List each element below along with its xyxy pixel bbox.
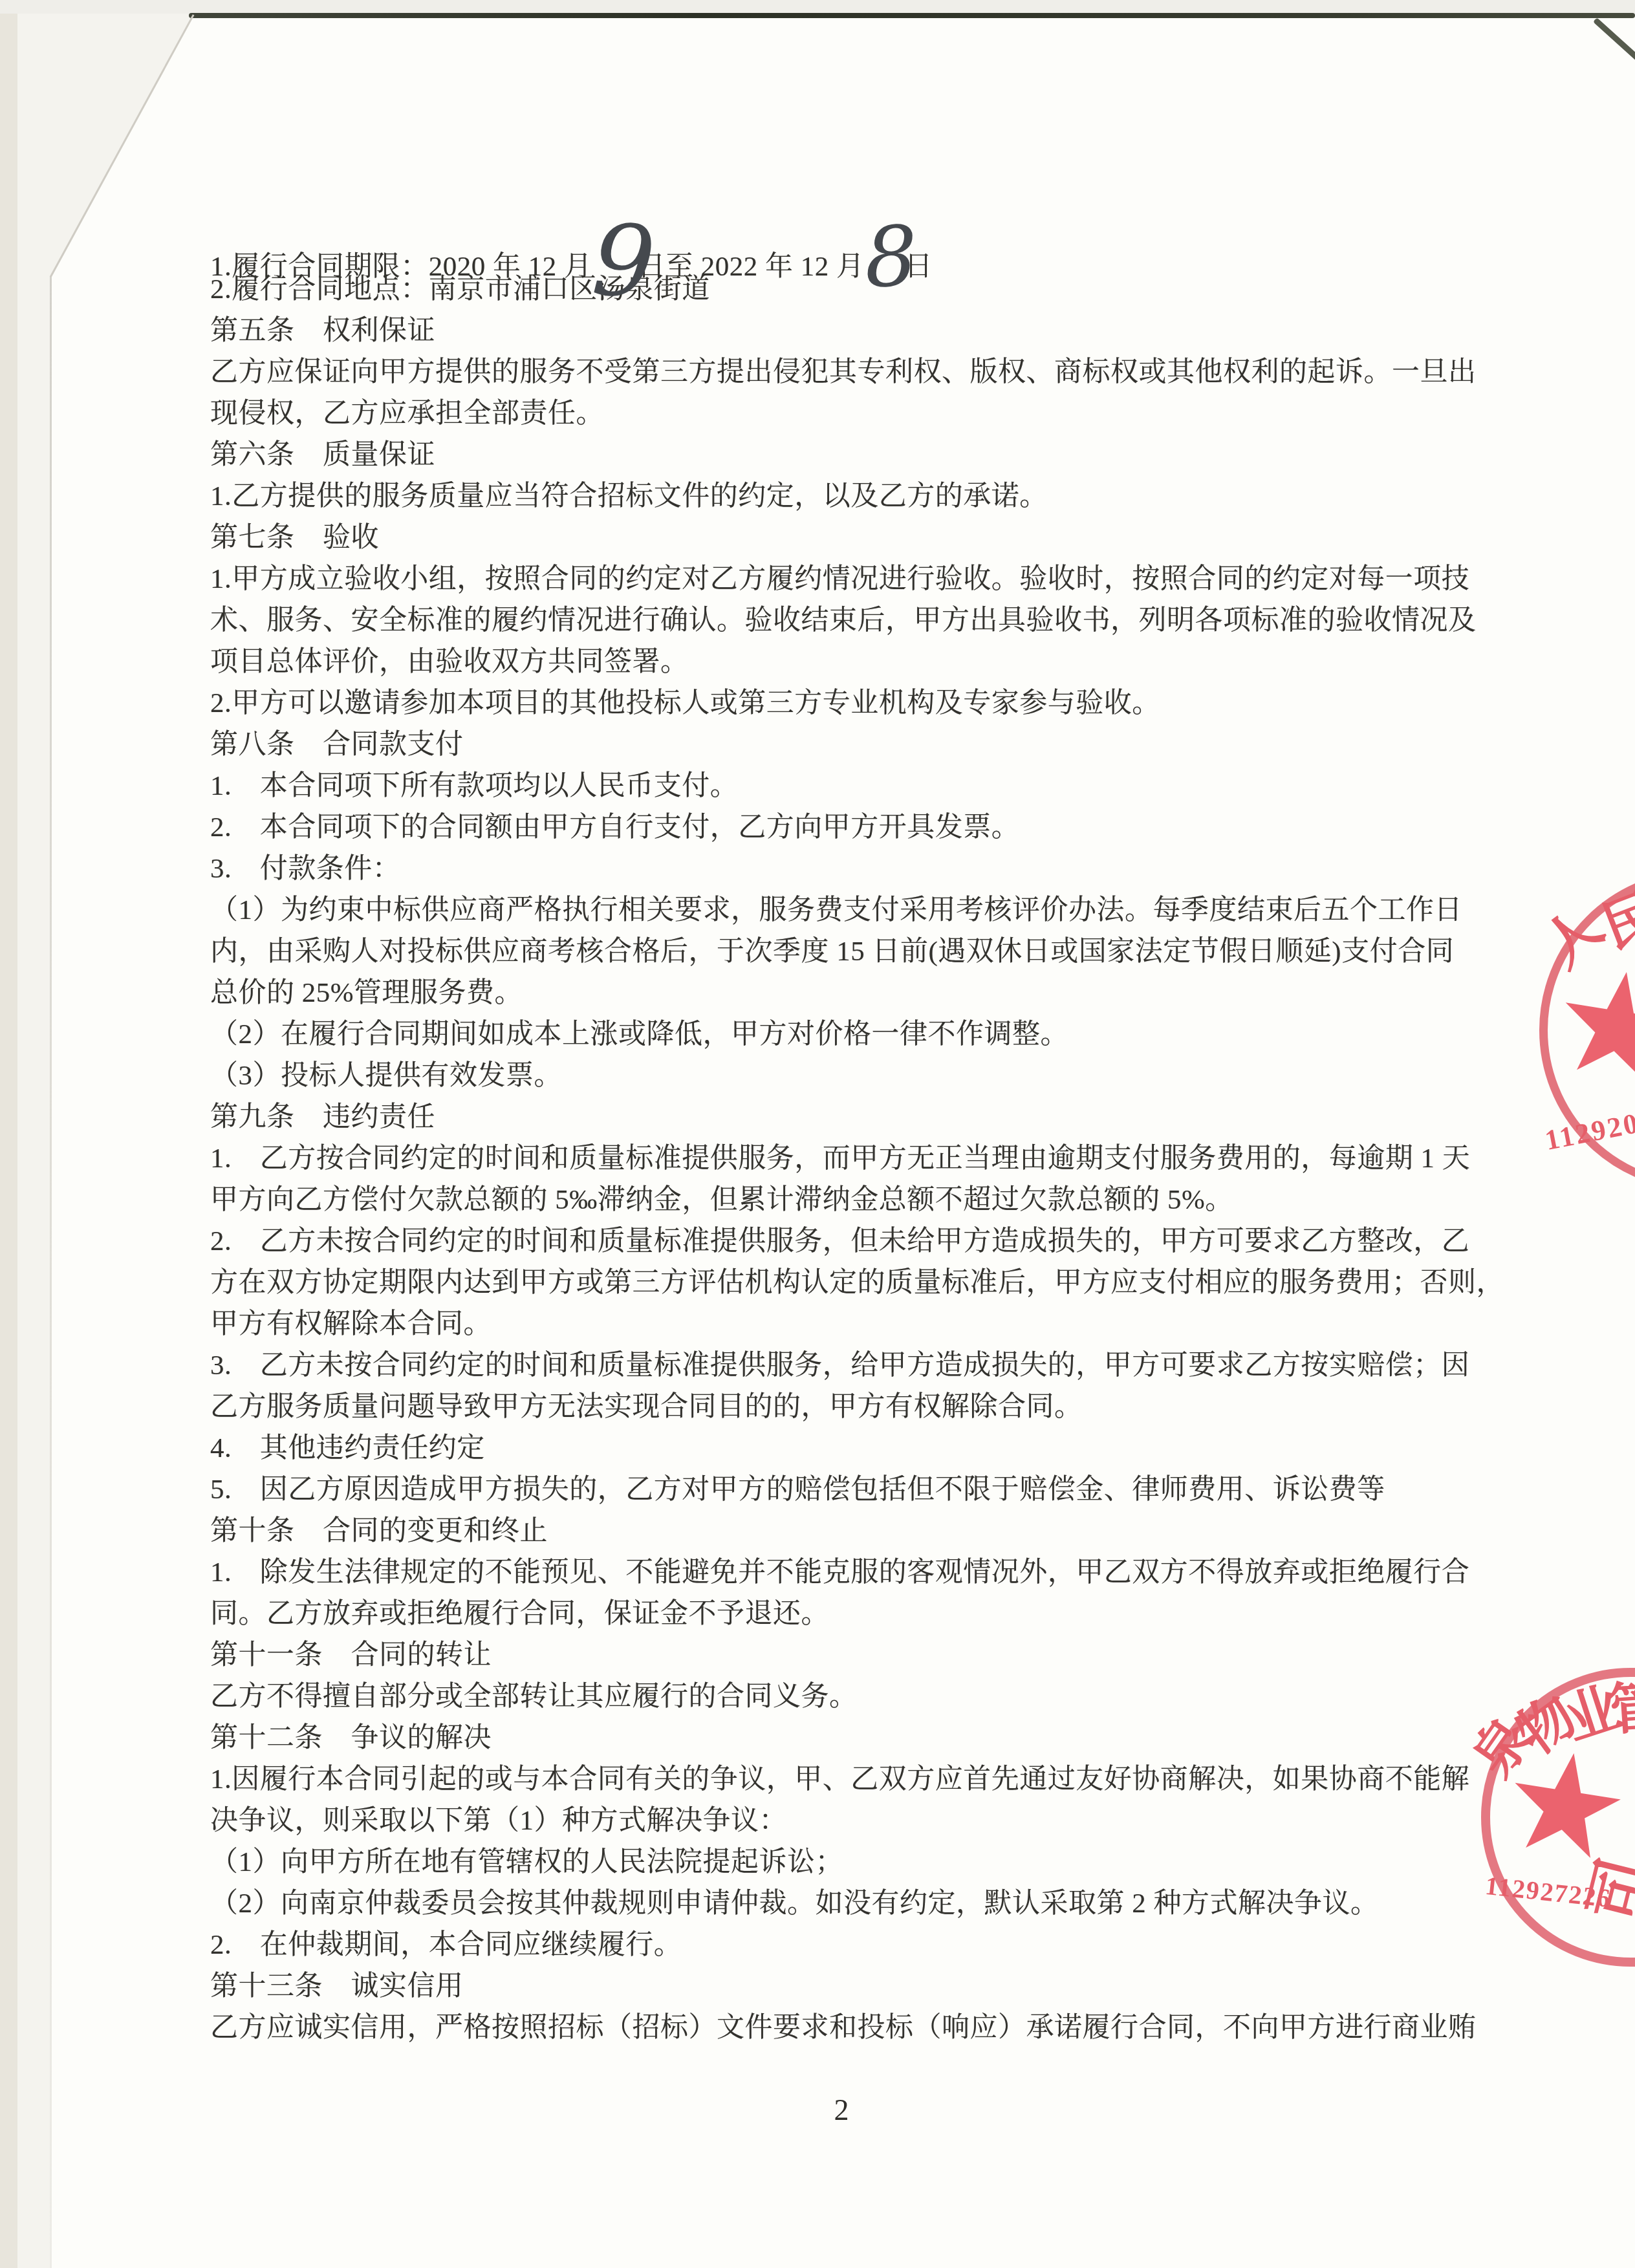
contract-line: 甲方有权解除本合同。 [210, 1304, 1473, 1345]
contract-line: 甲方向乙方偿付欠款总额的 5‰滞纳金，但累计滞纳金总额不超过欠款总额的 5%。 [210, 1180, 1473, 1221]
contract-line: 乙方不得擅自部分或全部转让其应履行的合同义务。 [210, 1676, 1473, 1718]
contract-line: （1）为约束中标供应商严格执行相关要求，服务费支付采用考核评价办法。每季度结束后… [210, 890, 1473, 931]
contract-line: （2）在履行合同期间如成本上涨或降低，甲方对价格一律不作调整。 [210, 1014, 1473, 1055]
contract-line: 1.因履行本合同引起的或与本合同有关的争议，甲、乙双方应首先通过友好协商解决，如… [210, 1759, 1473, 1800]
handwritten-day: 9 [591, 246, 638, 276]
contract-line: （1）向甲方所在地有管辖权的人民法院提起诉讼； [210, 1842, 1473, 1883]
contract-line: 乙方应保证向甲方提供的服务不受第三方提出侵犯其专利权、版权、商标权或其他权利的起… [210, 352, 1473, 393]
contract-line: 1.甲方成立验收小组，按照合同的约定对乙方履约情况进行验收。验收时，按照合同的约… [210, 559, 1473, 600]
contract-line: 1. 本合同项下所有款项均以人民币支付。 [210, 766, 1473, 807]
contract-text: 1.履行合同期限：2020 年 12 月9日至 2022 年 12 月8日2.履… [210, 228, 1473, 2049]
contract-line: 第八条 合同款支付 [210, 724, 1473, 766]
contract-line: 2. 乙方未按合同约定的时间和质量标准提供服务，但未给甲方造成损失的，甲方可要求… [210, 1221, 1473, 1262]
contract-line: 第十一条 合同的转让 [210, 1635, 1473, 1676]
contract-line: 术、服务、安全标准的履约情况进行确认。验收结束后，甲方出具验收书，列明各项标准的… [210, 600, 1473, 642]
contract-line: 3. 乙方未按合同约定的时间和质量标准提供服务，给甲方造成损失的，甲方可要求乙方… [210, 1345, 1473, 1387]
contract-line: （2）向南京仲裁委员会按其仲裁规则申请仲裁。如没有约定，默认采取第 2 种方式解… [210, 1883, 1473, 1925]
paper-left-edge [50, 277, 52, 2268]
contract-line: 3. 付款条件： [210, 848, 1473, 890]
page-number: 2 [210, 2093, 1473, 2127]
contract-line: 第十条 合同的变更和终止 [210, 1511, 1473, 1552]
scanner-backing-strip [0, 0, 17, 2268]
handwritten-day: 8 [864, 243, 905, 272]
contract-line: 项目总体评价，由验收双方共同签署。 [210, 642, 1473, 683]
contract-line: 4. 其他违约责任约定 [210, 1428, 1473, 1469]
contract-line: 2. 在仲裁期间，本合同应继续履行。 [210, 1925, 1473, 1966]
contract-line: 1.履行合同期限：2020 年 12 月9日至 2022 年 12 月8日 [210, 228, 1473, 269]
contract-line: 第九条 违约责任 [210, 1097, 1473, 1138]
contract-line: 第七条 验收 [210, 517, 1473, 559]
contract-line: 方在双方协定期限内达到甲方或第三方评估机构认定的质量标准后，甲方应支付相应的服务… [210, 1262, 1473, 1304]
contract-line: 1. 除发生法律规定的不能预见、不能避免并不能克服的客观情况外，甲乙双方不得放弃… [210, 1552, 1473, 1593]
contract-line: 第十二条 争议的解决 [210, 1718, 1473, 1759]
contract-line: 同。乙方放弃或拒绝履行合同，保证金不予退还。 [210, 1593, 1473, 1635]
contract-line: 第六条 质量保证 [210, 435, 1473, 476]
contract-line: 1.乙方提供的服务质量应当符合招标文件的约定，以及乙方的承诺。 [210, 476, 1473, 517]
scanner-backing-top [0, 0, 1635, 14]
contract-line: 2.甲方可以邀请参加本项目的其他投标人或第三方专业机构及专家参与验收。 [210, 683, 1473, 724]
contract-line: 2. 本合同项下的合同额由甲方自行支付，乙方向甲方开具发票。 [210, 807, 1473, 848]
contract-line: 乙方应诚实信用，严格按照招标（招标）文件要求和投标（响应）承诺履行合同，不向甲方… [210, 2007, 1473, 2049]
contract-line: （3）投标人提供有效发票。 [210, 1055, 1473, 1097]
contract-line: 决争议，则采取以下第（1）种方式解决争议： [210, 1800, 1473, 1842]
contract-line: 总价的 25%管理服务费。 [210, 973, 1473, 1014]
contract-line: 内，由采购人对投标供应商考核合格后，于次季度 15 日前(遇双休日或国家法定节假… [210, 931, 1473, 973]
contract-line: 第十三条 诚实信用 [210, 1966, 1473, 2007]
contract-line: 5. 因乙方原因造成甲方损失的，乙方对甲方的赔偿包括但不限于赔偿金、律师费用、诉… [210, 1469, 1473, 1511]
contract-line: 第五条 权利保证 [210, 310, 1473, 352]
contract-line: 1. 乙方按合同约定的时间和质量标准提供服务，而甲方无正当理由逾期支付服务费用的… [210, 1138, 1473, 1180]
contract-line: 乙方服务质量问题导致甲方无法实现合同目的的，甲方有权解除合同。 [210, 1387, 1473, 1428]
paper-top-edge [189, 13, 1635, 18]
contract-line: 现侵权，乙方应承担全部责任。 [210, 393, 1473, 435]
scanned-contract-page: 1.履行合同期限：2020 年 12 月9日至 2022 年 12 月8日2.履… [0, 0, 1635, 2268]
